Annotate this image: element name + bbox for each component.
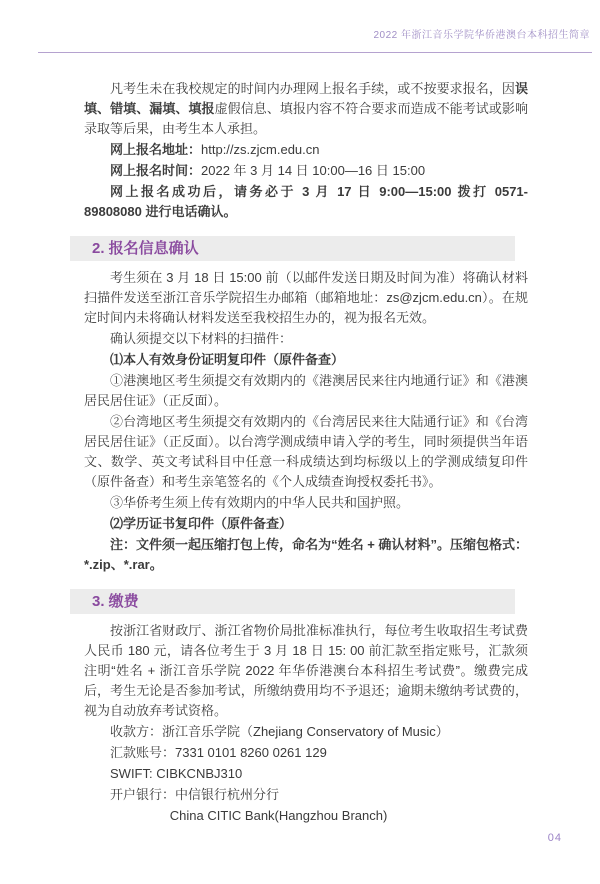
material-1-item-hk-macau: ①港澳地区考生须提交有效期内的《港澳居民来往内地通行证》和《港澳居民居住证》（正…: [84, 371, 528, 411]
text-run: http://zs.zjcm.edu.cn: [201, 142, 320, 157]
text-run: 考生须在 3 月 18 日 15:00 前（以邮件发送日期及时间为准）将确认材料…: [84, 270, 528, 325]
text-run: China CITIC Bank(Hangzhou Branch): [170, 808, 388, 823]
bank-line-cn: 开户银行：中信银行杭州分行: [84, 785, 528, 805]
text-run: ⑴本人有效身份证明复印件（原件备查）: [110, 352, 344, 367]
packaging-note: 注：文件须一起压缩打包上传，命名为“姓名 + 确认材料”。压缩包格式：*.zip…: [84, 535, 528, 575]
material-1-item-overseas: ③华侨考生须上传有效期内的中华人民共和国护照。: [84, 493, 528, 513]
account-number-line: 汇款账号：7331 0101 8260 0261 129: [84, 743, 528, 763]
section-heading-payment: 3. 缴费: [70, 589, 515, 614]
text-run: 确认须提交以下材料的扫描件：: [110, 331, 292, 346]
swift-line: SWIFT: CIBKCNBJ310: [84, 764, 528, 784]
text-run: 按浙江省财政厅、浙江省物价局批准标准执行，每位考生收取招生考试费人民币 180 …: [84, 623, 528, 718]
header-divider: [38, 52, 592, 53]
material-2-title: ⑵学历证书复印件（原件备查）: [84, 514, 528, 534]
material-1-item-taiwan: ②台湾地区考生须提交有效期内的《台湾居民来往大陆通行证》和《台湾居民居住证》（正…: [84, 412, 528, 492]
text-run: SWIFT: CIBKCNBJ310: [110, 766, 242, 781]
document-body: 凡考生未在我校规定的时间内办理网上报名手续，或不按要求报名，因误填、错填、漏填、…: [84, 79, 528, 826]
text-run: ①港澳地区考生须提交有效期内的《港澳居民来往内地通行证》和《港澳居民居住证》（正…: [84, 373, 528, 408]
registration-url-line: 网上报名地址：http://zs.zjcm.edu.cn: [84, 140, 528, 160]
text-run: ②台湾地区考生须提交有效期内的《台湾居民来往大陆通行证》和《台湾居民居住证》（正…: [84, 414, 528, 489]
text-run: 网上报名地址：: [110, 142, 201, 157]
confirmation-deadline-paragraph: 考生须在 3 月 18 日 15:00 前（以邮件发送日期及时间为准）将确认材料…: [84, 268, 528, 328]
payee-line: 收款方：浙江音乐学院（Zhejiang Conservatory of Musi…: [84, 722, 528, 742]
document-header-title: 2022 年浙江音乐学院华侨港澳台本科招生简章: [0, 0, 600, 42]
text-run: 网上报名时间：: [110, 163, 201, 178]
text-run: 凡考生未在我校规定的时间内办理网上报名手续，或不按要求报名，因: [110, 81, 515, 96]
document-page: 2022 年浙江音乐学院华侨港澳台本科招生简章 凡考生未在我校规定的时间内办理网…: [0, 0, 600, 884]
text-run: 注：文件须一起压缩打包上传，命名为“姓名 + 确认材料”。压缩包格式：*.zip…: [84, 537, 528, 572]
registration-time-line: 网上报名时间：2022 年 3 月 14 日 10:00—16 日 15:00: [84, 161, 528, 181]
page-number: 04: [548, 832, 562, 844]
text-run: ⑵学历证书复印件（原件备查）: [110, 516, 292, 531]
materials-intro-line: 确认须提交以下材料的扫描件：: [84, 329, 528, 349]
bank-line-en: China CITIC Bank(Hangzhou Branch): [84, 806, 528, 826]
text-run: 网上报名成功后，请务必于 3 月 17 日 9:00—15:00 拨打 0571…: [84, 184, 528, 219]
text-run: 2022 年 3 月 14 日 10:00—16 日 15:00: [201, 163, 425, 178]
text-run: 汇款账号：7331 0101 8260 0261 129: [110, 745, 327, 760]
material-1-title: ⑴本人有效身份证明复印件（原件备查）: [84, 350, 528, 370]
text-run: 开户银行：中信银行杭州分行: [110, 787, 279, 802]
text-run: ③华侨考生须上传有效期内的中华人民共和国护照。: [110, 495, 409, 510]
section-heading-confirmation: 2. 报名信息确认: [70, 236, 515, 261]
intro-paragraph: 凡考生未在我校规定的时间内办理网上报名手续，或不按要求报名，因误填、错填、漏填、…: [84, 79, 528, 139]
phone-confirmation-line: 网上报名成功后，请务必于 3 月 17 日 9:00—15:00 拨打 0571…: [84, 182, 528, 222]
payment-paragraph: 按浙江省财政厅、浙江省物价局批准标准执行，每位考生收取招生考试费人民币 180 …: [84, 621, 528, 721]
text-run: 收款方：浙江音乐学院（Zhejiang Conservatory of Musi…: [110, 724, 449, 739]
